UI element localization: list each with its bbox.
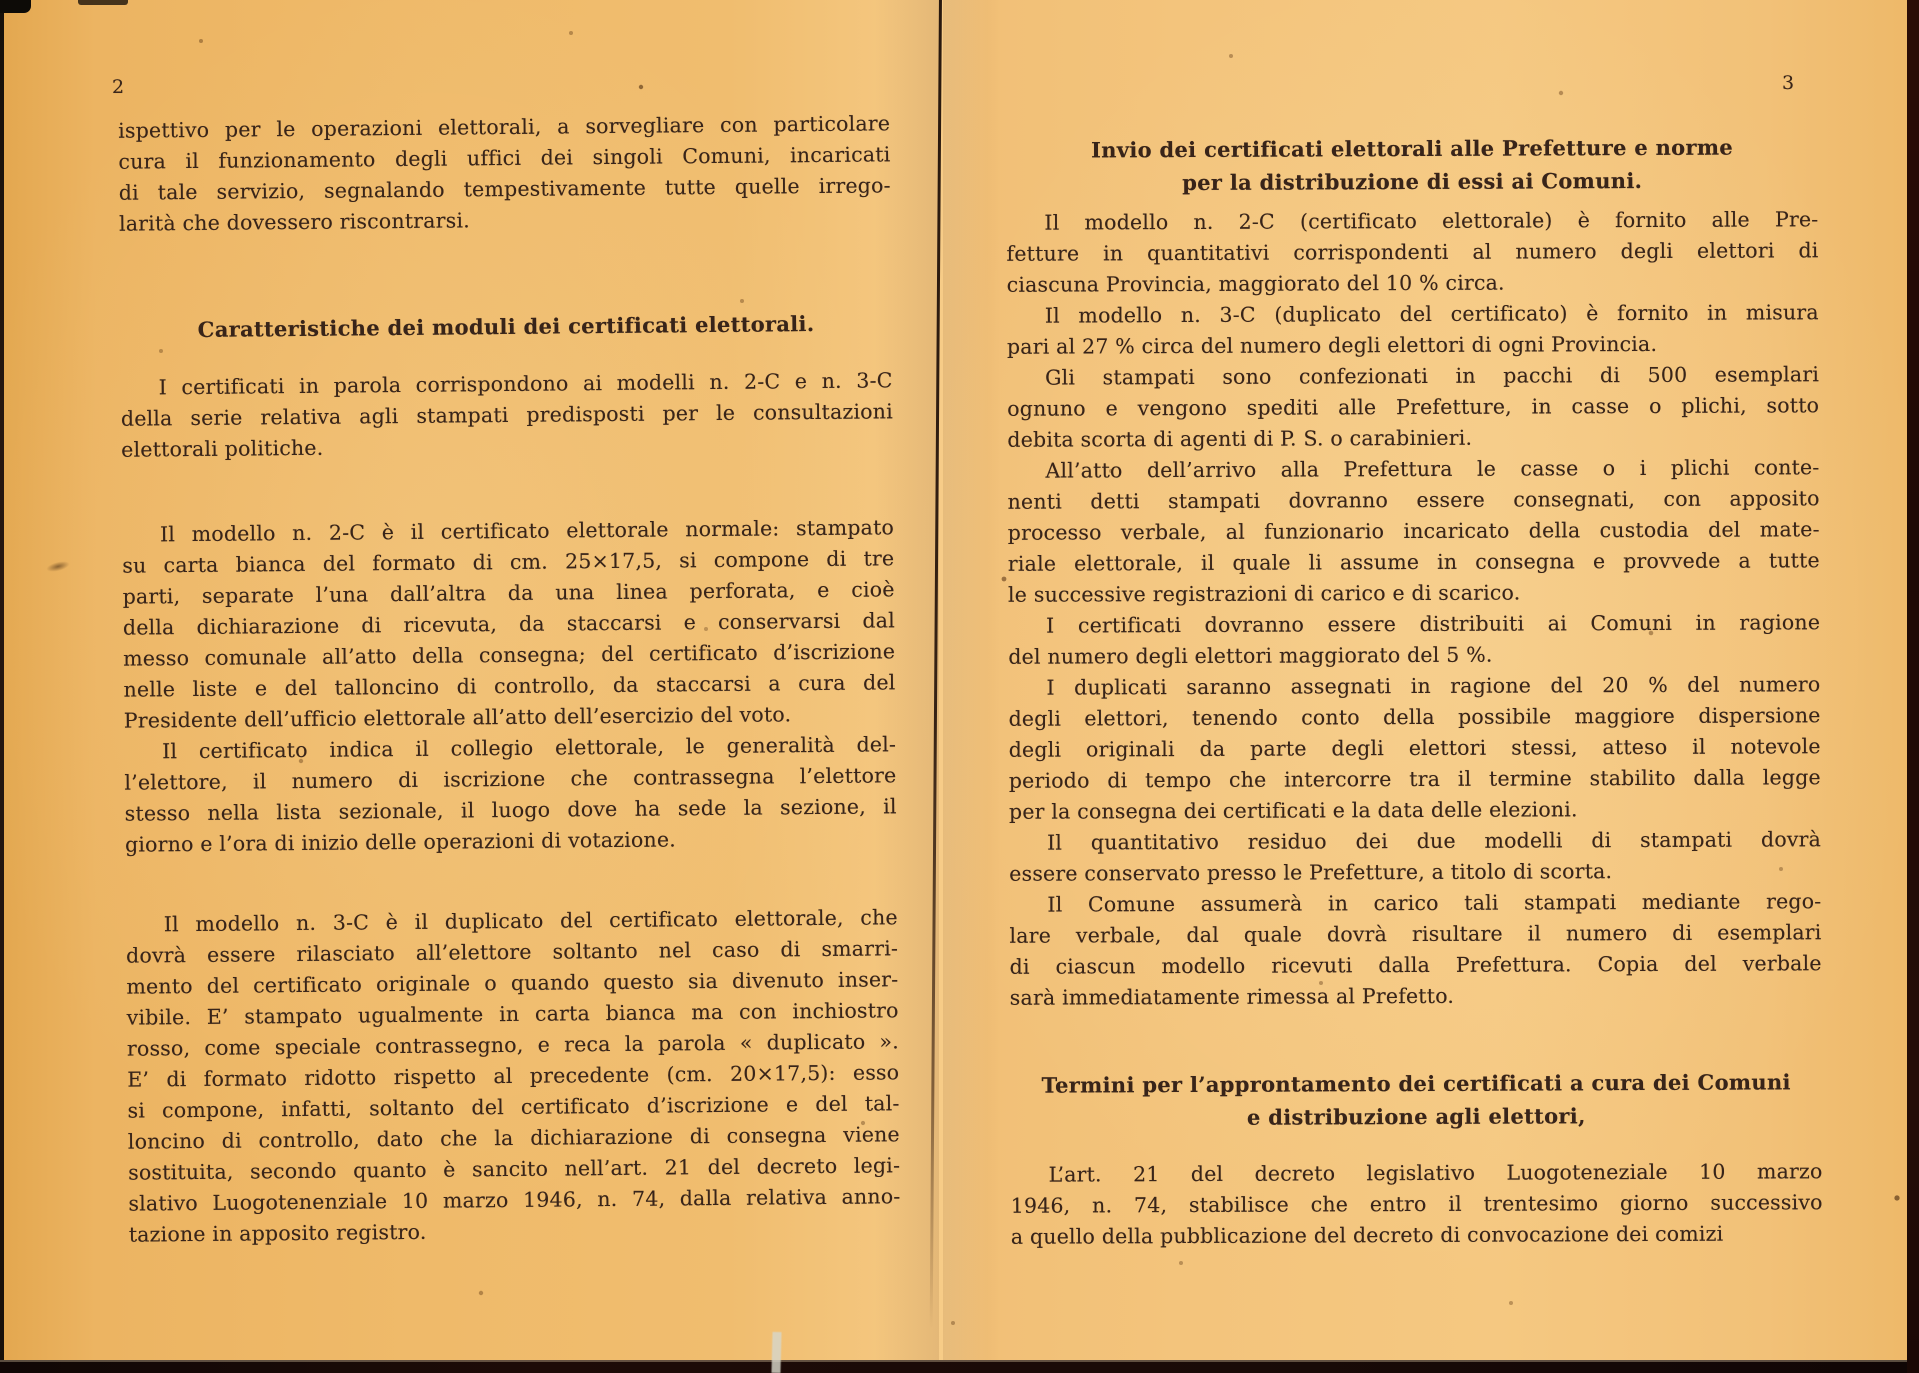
text-line: e distribuzione agli elettori, bbox=[1010, 1098, 1822, 1135]
text-line: degli originali da parte degli elettori … bbox=[1009, 731, 1821, 766]
paragraph: Il modello n. 2-C (certificato elettoral… bbox=[1006, 204, 1818, 301]
book-page-left: ispettivo per le operazioni elettorali, … bbox=[118, 108, 901, 1250]
text-line: sarà immediatamente rimessa al Prefetto. bbox=[1010, 979, 1822, 1014]
section-heading: Termini per l’approntamento dei certific… bbox=[1010, 1065, 1822, 1135]
text-line: ognuno e vengono spediti alle Prefetture… bbox=[1007, 390, 1819, 425]
text-line: riale elettorale, il quale li assume in … bbox=[1008, 545, 1820, 580]
text-line: essere conservato presso le Prefetture, … bbox=[1009, 855, 1821, 890]
text-line: larità che dovessero riscontrarsi. bbox=[119, 201, 891, 239]
text-line: processo verbale, al funzionario incaric… bbox=[1008, 514, 1820, 549]
text-line: 1946, n. 74, stabilisce che entro il tre… bbox=[1011, 1187, 1823, 1222]
text-line: I duplicati saranno assegnati in ragione… bbox=[1008, 669, 1820, 704]
paragraph: Il modello n. 3-C (duplicato del certifi… bbox=[1007, 297, 1819, 363]
text-line: tazione in apposito registro. bbox=[129, 1212, 901, 1250]
paragraph: ispettivo per le operazioni elettorali, … bbox=[118, 108, 891, 239]
text-line: All’atto dell’arrivo alla Prefettura le … bbox=[1007, 452, 1819, 487]
scan-mark-top-edge bbox=[78, 0, 128, 5]
scan-edge-bottom bbox=[0, 1360, 1919, 1373]
paragraph: Il modello n. 3-C è il duplicato del cer… bbox=[126, 902, 901, 1250]
paragraph: I certificati in parola corrispondono ai… bbox=[120, 365, 893, 465]
text-line: fetture in quantitativi corrispondenti a… bbox=[1006, 235, 1818, 270]
paragraph: Gli stampati sono confezionati in pacchi… bbox=[1007, 359, 1819, 456]
text-line: Termini per l’approntamento dei certific… bbox=[1010, 1065, 1822, 1102]
text-line: Invio dei certificati elettorali alle Pr… bbox=[1006, 130, 1818, 167]
text-line: per la distribuzione di essi ai Comuni. bbox=[1006, 163, 1818, 200]
text-line: debita scorta di agenti di P. S. o carab… bbox=[1007, 421, 1819, 456]
text-line: Gli stampati sono confezionati in pacchi… bbox=[1007, 359, 1819, 394]
gutter-shadow-right bbox=[943, 0, 1001, 1373]
page-number-left: 2 bbox=[112, 76, 124, 98]
paper-speckles bbox=[0, 0, 2, 2]
text-line: periodo di tempo che intercorre tra il t… bbox=[1009, 762, 1821, 797]
section-heading: Invio dei certificati elettorali alle Pr… bbox=[1006, 130, 1818, 200]
paragraph: L’art. 21 del decreto legislativo Luogot… bbox=[1010, 1156, 1822, 1253]
text-line: I certificati dovranno essere distribuit… bbox=[1008, 607, 1820, 642]
scan-edge-left bbox=[0, 0, 4, 1373]
text-line: giorno e l’ora di inizio delle operazion… bbox=[125, 822, 897, 860]
paragraph: All’atto dell’arrivo alla Prefettura le … bbox=[1007, 452, 1820, 611]
paragraph: I duplicati saranno assegnati in ragione… bbox=[1008, 669, 1821, 828]
text-line: Il modello n. 2-C (certificato elettoral… bbox=[1006, 204, 1818, 239]
section-heading: Caratteristiche dei moduli dei certifica… bbox=[120, 306, 892, 346]
paragraph: Il Comune assumerà in carico tali stampa… bbox=[1009, 886, 1822, 1014]
paragraph: I certificati dovranno essere distribuit… bbox=[1008, 607, 1820, 673]
scan-corner-top-left bbox=[0, 0, 31, 13]
text-line: ciascuna Provincia, maggiorato del 10 % … bbox=[1007, 266, 1819, 301]
text-line: di ciascun modello ricevuti dalla Prefet… bbox=[1010, 948, 1822, 983]
text-line: lare verbale, dal quale dovrà risultare … bbox=[1009, 917, 1821, 952]
text-line: le successive registrazioni di carico e … bbox=[1008, 576, 1820, 611]
text-line: nenti detti stampati dovranno essere con… bbox=[1008, 483, 1820, 518]
text-line: Il modello n. 3-C (duplicato del certifi… bbox=[1007, 297, 1819, 332]
paragraph: Il quantitativo residuo dei due modelli … bbox=[1009, 824, 1821, 890]
text-line: per la consegna dei certificati e la dat… bbox=[1009, 793, 1821, 828]
book-spread: 2 ispettivo per le operazioni elettorali… bbox=[0, 0, 1919, 1373]
text-line: L’art. 21 del decreto legislativo Luogot… bbox=[1010, 1156, 1822, 1191]
text-line: del numero degli elettori maggiorato del… bbox=[1008, 638, 1820, 673]
scan-edge-right bbox=[1907, 0, 1919, 1373]
text-line: degli elettori, tenendo conto della poss… bbox=[1008, 700, 1820, 735]
text-line: elettorali politiche. bbox=[121, 427, 893, 465]
paragraph: Il modello n. 2-C è il certificato elett… bbox=[122, 512, 896, 736]
paper-smudge bbox=[45, 559, 70, 574]
text-line: Caratteristiche dei moduli dei certifica… bbox=[120, 306, 892, 346]
binding-light-sliver bbox=[771, 1332, 781, 1373]
text-line: pari al 27 % circa del numero degli elet… bbox=[1007, 328, 1819, 363]
page-number-right: 3 bbox=[1782, 72, 1794, 94]
text-line: Il Comune assumerà in carico tali stampa… bbox=[1009, 886, 1821, 921]
text-line: Il quantitativo residuo dei due modelli … bbox=[1009, 824, 1821, 859]
book-page-right: Invio dei certificati elettorali alle Pr… bbox=[1006, 130, 1823, 1253]
paragraph: Il certificato indica il collegio eletto… bbox=[124, 729, 897, 860]
text-line: a quello della pubblicazione del decreto… bbox=[1011, 1218, 1823, 1253]
